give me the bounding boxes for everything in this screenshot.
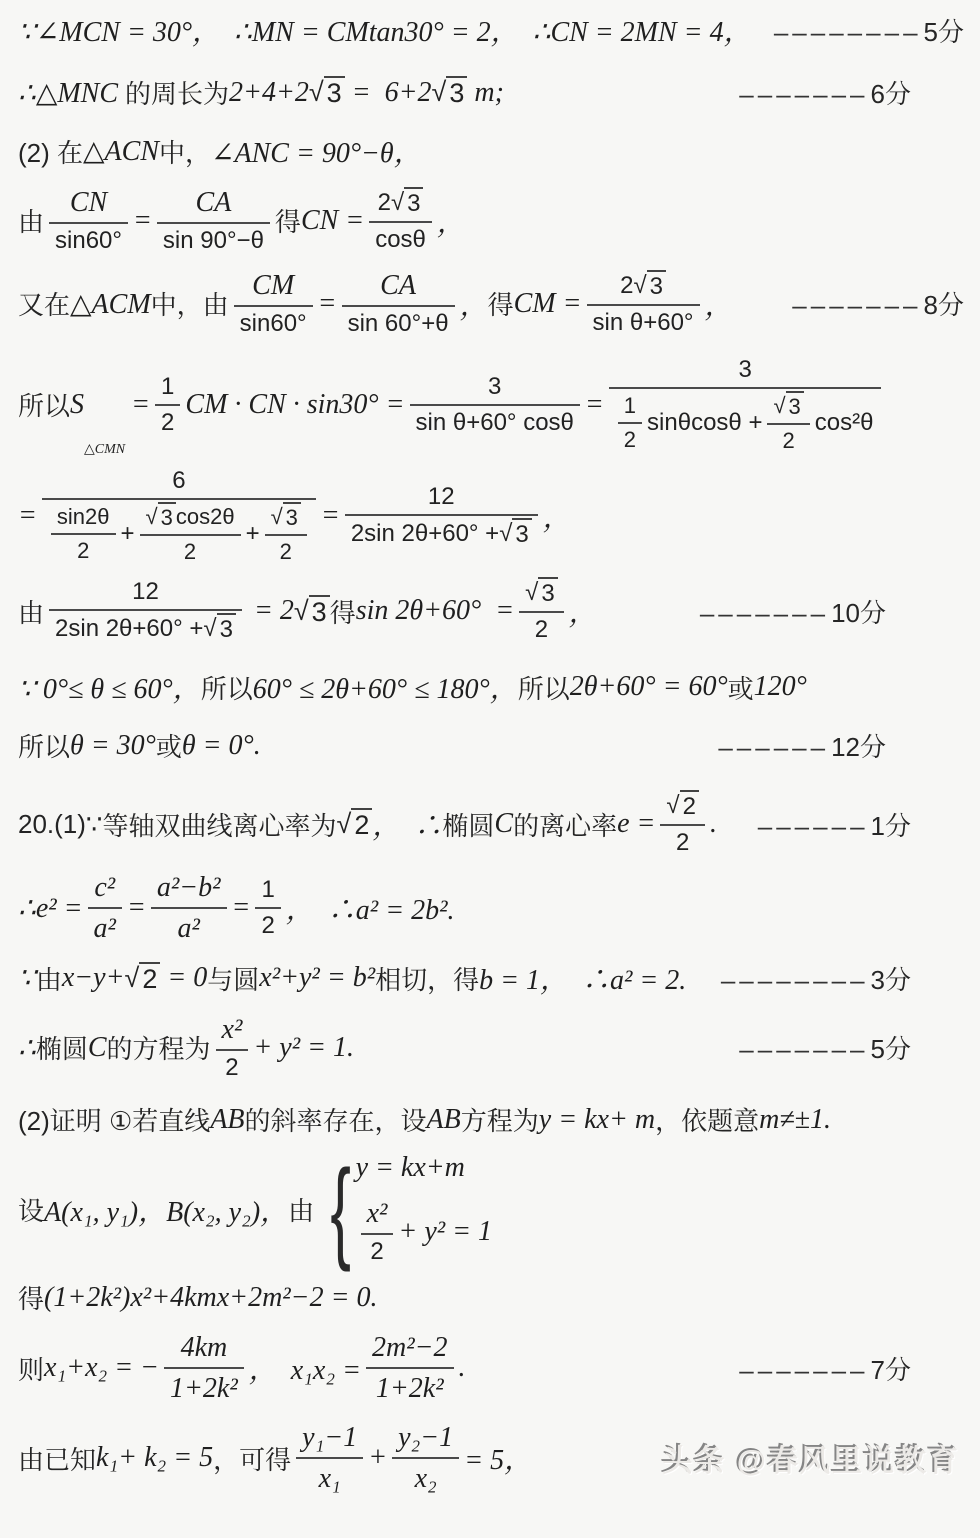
math-text: 2: [378, 188, 391, 218]
math-text: ， ∴: [372, 804, 442, 844]
denominator: a²: [88, 909, 122, 946]
numerator: 1: [618, 392, 642, 424]
radicand: 3: [404, 187, 423, 219]
math-text: AB: [427, 1104, 461, 1136]
numerator: 2√3: [587, 270, 700, 306]
math-text: A(x₁, y₁)，B(x₂, y₂)，: [44, 1190, 288, 1230]
cjk-text: 中，由: [151, 285, 229, 322]
cjk-text: 的斜率存在，设: [245, 1101, 427, 1138]
numerator: √3: [265, 502, 307, 536]
numerator: 12: [49, 577, 242, 611]
fraction: CAsin 90°−θ: [157, 185, 270, 256]
radicand: 3: [217, 613, 236, 645]
math-text: CM =: [514, 288, 582, 320]
sqrt-sign-icon: √: [773, 392, 785, 422]
radicand: 3: [512, 518, 531, 550]
sqrt-radical: √3: [309, 76, 345, 109]
solution-line: 得 (1+2k²)x²+4kmx+2m²−2 = 0.: [18, 1279, 966, 1316]
denominator: 2: [618, 424, 642, 454]
math-text: =: [131, 389, 150, 421]
solution-line: = 6 sin2θ2 + √3cos2θ2 + √32 = 12 2sin 2θ…: [18, 466, 966, 565]
denominator: sin θ+60° cosθ: [410, 406, 580, 438]
fraction: 2m²−21+2k²: [366, 1330, 454, 1406]
cjk-text: 则: [18, 1350, 44, 1387]
denominator: a²: [151, 909, 227, 946]
score-label: 5分: [871, 1029, 911, 1066]
numerator: 6: [42, 466, 316, 500]
cjk-text: 或: [728, 669, 754, 706]
math-text: ∴e² =: [18, 891, 83, 925]
numerator: x²: [361, 1196, 394, 1235]
radicand: 3: [158, 502, 176, 532]
solution-line: (2)证明 ①若直线 AB 的斜率存在，设 AB 方程为 y = kx+ m ，…: [18, 1101, 966, 1138]
sqrt-sign-icon: √: [336, 809, 351, 842]
denominator: 2sin 2θ+60° +√3: [49, 611, 242, 645]
denominator: sin θ+60°: [587, 306, 700, 338]
math-text: =: [318, 288, 337, 320]
fraction: 12: [618, 392, 642, 453]
solution-line: 设 A(x₁, y₁)，B(x₂, y₂)， 由 { y = kx+m x²2 …: [18, 1152, 966, 1267]
cjk-text: 所以: [201, 669, 253, 706]
numerator: 1: [155, 372, 180, 406]
numerator: 12: [345, 482, 538, 516]
score-marker: –––––––10分: [700, 593, 886, 630]
equation-system: { y = kx+m x²2 + y² = 1: [322, 1152, 492, 1267]
score-label: 10分: [831, 593, 886, 630]
score-label: 12分: [831, 727, 886, 764]
cjk-text: 等轴双曲线离心率为: [102, 806, 336, 843]
denominator: sin60°: [49, 224, 128, 256]
math-text: =: [18, 500, 37, 532]
sqrt-sign-icon: √: [294, 596, 309, 629]
math-text: (1+2k²)x²+4kmx+2m²−2 = 0.: [44, 1282, 377, 1314]
fraction: √32: [767, 391, 809, 454]
math-text: ， x₁x₂ =: [249, 1348, 361, 1388]
numerator: 1: [255, 875, 280, 909]
solution-line: ∵ 0°≤ θ ≤ 60°， 所以 60° ≤ 2θ+60° ≤ 180°， 所…: [18, 667, 966, 707]
math-text: sin 2θ+60° =: [356, 595, 514, 627]
math-text: S: [70, 389, 84, 421]
radicand: 3: [324, 76, 345, 109]
score-dashes: –––––––: [739, 1034, 868, 1065]
fraction: 12 2sin 2θ+60° +√3: [49, 577, 242, 645]
math-text: = 6+2: [345, 77, 432, 109]
cjk-text: 由: [18, 202, 44, 239]
radicand: 2: [351, 808, 372, 841]
solution-line: ∴△MNC 的周长为 2+4+2 √3 = 6+2 √3 m; –––––––6…: [18, 74, 966, 111]
math-text: ，: [705, 284, 733, 324]
score-label: 7分: [871, 1350, 911, 1387]
fraction: sin2θ2: [51, 503, 116, 564]
fraction: √32: [265, 502, 307, 565]
left-brace: {: [331, 1166, 352, 1253]
cjk-text: 由: [288, 1191, 314, 1228]
sqrt-radical: √3: [432, 76, 468, 109]
fraction: a²−b²a²: [151, 870, 227, 946]
math-text: ∵∠MCN = 30°， ∴MN = CMtan30° = 2， ∴CN = 2…: [18, 10, 752, 50]
math-text: θ = 0°.: [182, 730, 261, 762]
math-text: =: [321, 500, 340, 532]
numerator: √3: [767, 391, 809, 425]
math-text: +: [368, 1442, 387, 1474]
fraction: 3 12 sinθcosθ + √32 cos²θ: [609, 355, 882, 454]
numerator: CM: [234, 268, 313, 307]
sqrt-sign-icon: √: [309, 77, 324, 110]
cjk-text: 得: [275, 202, 301, 239]
radicand: 3: [283, 502, 301, 532]
solution-line: 20.(1)∵ 等轴双曲线离心率为 √2 ， ∴ 椭圆 C 的离心率 e = √…: [18, 790, 966, 858]
math-text: =: [232, 892, 251, 924]
cjk-text: 得: [488, 285, 514, 322]
radicand: 3: [786, 391, 804, 421]
denominator: sin 60°+θ: [342, 307, 455, 339]
math-text: 120°: [754, 671, 807, 703]
cjk-text: 由: [36, 960, 62, 997]
score-dashes: –––––––: [792, 290, 921, 321]
fraction: 3sin θ+60° cosθ: [410, 372, 580, 438]
numerator: y₂−1: [392, 1420, 459, 1459]
denominator: sin 90°−θ: [157, 224, 270, 256]
fraction: x²2: [361, 1196, 394, 1267]
score-dashes: –––––––: [739, 1355, 868, 1386]
sqrt-radical: √3: [391, 187, 424, 219]
math-text: θ = 30°: [70, 730, 156, 762]
cjk-text: 的离心率: [513, 806, 617, 843]
denominator: 2: [519, 613, 564, 645]
denominator: 1+2k²: [164, 1369, 244, 1406]
solution-line: 所以 θ = 30° 或 θ = 0°. ––––––12分: [18, 727, 966, 764]
math-text: x₁+x₂ = −: [44, 1352, 159, 1384]
sqrt-sign-icon: √: [203, 614, 216, 646]
fraction: 6 sin2θ2 + √3cos2θ2 + √32: [42, 466, 316, 565]
score-dashes: –––––––: [739, 79, 868, 110]
cjk-text: ，依题意: [655, 1101, 759, 1138]
cjk-text: 方程为: [461, 1101, 539, 1138]
numerator: c²: [88, 870, 122, 909]
solution-line: 由 12 2sin 2θ+60° +√3 = 2 √3 得 sin 2θ+60°…: [18, 577, 966, 645]
cjk-text: 的周长为: [125, 74, 229, 111]
radicand: 2: [139, 962, 160, 995]
sqrt-radical: √3: [773, 391, 803, 421]
fraction: √3cos2θ2: [140, 502, 241, 565]
math-text: e =: [617, 808, 655, 840]
solution-line: ∴e² = c²a² = a²−b²a² = 12 ， ∴a² = 2b².: [18, 870, 966, 946]
numerator: CA: [157, 185, 270, 224]
cjk-text: 椭圆: [442, 806, 494, 843]
score-label: 5分: [924, 12, 964, 49]
cjk-text: 或: [156, 727, 182, 764]
fraction: 12 2sin 2θ+60° +√3: [345, 482, 538, 550]
cjk-text: 设: [18, 1191, 44, 1228]
cjk-text: 由已知: [18, 1440, 96, 1477]
score-dashes: ––––––: [718, 732, 829, 763]
sqrt-radical: √2: [336, 808, 372, 841]
denominator: 2: [660, 826, 705, 858]
denominator: x₂: [392, 1459, 459, 1496]
cjk-text: 由: [18, 593, 44, 630]
math-text: 2sin 2θ+60° +: [351, 519, 499, 549]
math-text: C: [88, 1032, 107, 1064]
math-text: m≠±1.: [759, 1104, 831, 1136]
numerator: 2m²−2: [366, 1330, 454, 1369]
denominator: 2sin 2θ+60° +√3: [345, 516, 538, 550]
math-text: =: [585, 389, 604, 421]
math-text: = 5，: [464, 1438, 532, 1478]
math-text: b = 1， ∴a² = 2.: [479, 958, 686, 998]
math-text: 2θ+60° = 60°: [570, 671, 728, 703]
math-text: ∴△MNC: [18, 76, 125, 110]
math-text: ， ∴a² = 2b².: [286, 888, 455, 928]
numerator: 3: [410, 372, 580, 406]
math-text: ，: [460, 284, 488, 324]
denominator: 1+2k²: [366, 1369, 454, 1406]
sqrt-radical: √3: [499, 518, 532, 550]
cjk-text: 20.(1)∵: [18, 809, 102, 840]
math-text: 60° ≤ 2θ+60° ≤ 180°，: [253, 667, 518, 707]
sqrt-sign-icon: √: [391, 188, 404, 220]
math-text: ∵ 0°≤ θ ≤ 60°，: [18, 667, 201, 707]
sqrt-radical: √2: [125, 962, 161, 995]
solution-line: 则 x₁+x₂ = − 4km1+2k² ， x₁x₂ = 2m²−21+2k²…: [18, 1330, 966, 1406]
score-dashes: –––––––: [700, 598, 829, 629]
fraction: CNsin60°: [49, 185, 128, 256]
math-text: +: [121, 519, 135, 549]
math-text: =: [127, 892, 146, 924]
denominator: 2: [265, 536, 307, 566]
score-label: 8分: [924, 285, 964, 322]
solution-line: 由 CNsin60° = CAsin 90°−θ 得 CN = 2√3 cosθ…: [18, 185, 966, 256]
numerator: 3: [609, 355, 882, 389]
denominator: 2: [361, 1235, 394, 1267]
math-text: ，: [569, 591, 597, 631]
sqrt-sign-icon: √: [125, 963, 140, 996]
math-text: 2sin 2θ+60° +: [55, 614, 203, 644]
sqrt-sign-icon: √: [432, 77, 447, 110]
sqrt-radical: √3: [525, 577, 558, 609]
numerator: y₁−1: [296, 1420, 363, 1459]
system-rows: y = kx+m x²2 + y² = 1: [356, 1152, 492, 1267]
score-label: 3分: [871, 960, 911, 997]
denominator: 2: [51, 535, 116, 565]
system-equation: y = kx+m: [356, 1152, 465, 1184]
math-text: △ACM: [70, 287, 151, 321]
sqrt-sign-icon: √: [525, 578, 538, 610]
cjk-text: 得: [330, 593, 356, 630]
solution-line: 由已知 k₁+ k₂ = 5 ，可得 y₁−1x₁ + y₂−1x₂ = 5， …: [18, 1420, 966, 1496]
cjk-text: 中，: [159, 133, 211, 170]
math-text: ，: [543, 496, 571, 536]
denominator: 2: [255, 909, 280, 941]
solution-line: 又在 △ACM 中，由 CMsin60° = CAsin 60°+θ ， 得 C…: [18, 268, 966, 339]
math-text: = 0: [160, 962, 207, 994]
radicand: 3: [446, 76, 467, 109]
math-text: x−y+: [62, 962, 125, 994]
numerator: CN: [49, 185, 128, 224]
numerator: x²: [216, 1012, 249, 1051]
cjk-text: 椭圆: [36, 1029, 88, 1066]
sqrt-radical: √2: [666, 790, 699, 822]
math-text: =: [133, 205, 152, 237]
math-text: cos²θ: [815, 408, 874, 438]
score-marker: ––––––––5分: [774, 12, 964, 49]
denominator: cosθ: [369, 223, 432, 255]
score-marker: –––––––6分: [739, 74, 911, 111]
fraction: 12: [255, 875, 280, 941]
solution-line: ∵∠MCN = 30°， ∴MN = CMtan30° = 2， ∴CN = 2…: [18, 10, 966, 50]
watermark-text: 头条 @春风里说教育: [662, 1436, 960, 1480]
numerator: √3: [519, 577, 564, 613]
denominator: sin2θ2 + √3cos2θ2 + √32: [42, 500, 316, 565]
math-text: ∴: [18, 1031, 36, 1065]
fraction: 4km1+2k²: [164, 1330, 244, 1406]
fraction: x²2: [216, 1012, 249, 1083]
cjk-text: 的方程为: [107, 1029, 211, 1066]
math-text: ∠ANC = 90°−θ，: [211, 131, 422, 171]
radicand: 2: [680, 790, 699, 822]
system-equation: x²2 + y² = 1: [356, 1196, 492, 1267]
math-text: AB: [210, 1104, 244, 1136]
sqrt-sign-icon: √: [271, 503, 283, 533]
score-marker: ––––––––3分: [721, 960, 911, 997]
numerator: 2√3: [369, 187, 432, 223]
score-dashes: ––––––––: [721, 965, 869, 996]
fraction: 2√3 cosθ: [369, 187, 432, 255]
math-text: y = kx+ m: [539, 1104, 655, 1136]
solution-line: (2) 在 △ACN 中， ∠ANC = 90°−θ，: [18, 131, 966, 171]
math-text: + y² = 1: [398, 1216, 492, 1248]
math-text: ∵: [18, 961, 36, 995]
numerator: 4km: [164, 1330, 244, 1369]
fraction: 12: [155, 372, 180, 438]
sqrt-sign-icon: √: [666, 791, 679, 823]
score-marker: –––––––5分: [739, 1029, 911, 1066]
sqrt-sign-icon: √: [633, 271, 646, 303]
score-marker: ––––––12分: [718, 727, 886, 764]
sqrt-radical: √3: [294, 595, 330, 628]
cjk-text: (2)证明 ①若直线: [18, 1101, 210, 1138]
fraction: CMsin60°: [234, 268, 313, 339]
sqrt-radical: √3: [203, 613, 236, 645]
score-marker: –––––––7分: [739, 1350, 911, 1387]
radicand: 3: [647, 270, 666, 302]
score-label: 1分: [871, 806, 911, 843]
cjk-text: 所以: [18, 386, 70, 423]
fraction: √22: [660, 790, 705, 858]
math-text: = 2: [247, 595, 294, 627]
denominator: 2: [216, 1051, 249, 1083]
solution-line: ∴ 椭圆 C 的方程为 x²2 + y² = 1. –––––––5分: [18, 1012, 966, 1083]
cjk-text: 得: [18, 1279, 44, 1316]
math-text: x²+y² = b²: [259, 962, 375, 994]
math-text: +: [246, 519, 260, 549]
math-text: C: [494, 808, 513, 840]
subscript-label: △CMN: [84, 441, 125, 458]
solution-line: ∵ 由 x−y+ √2 = 0 与圆 x²+y² = b² 相切，得 b = 1…: [18, 958, 966, 998]
fraction: y₂−1x₂: [392, 1420, 459, 1496]
cjk-text: 又在: [18, 285, 70, 322]
cjk-text: 所以: [18, 727, 70, 764]
cjk-text: ，可得: [213, 1440, 291, 1477]
math-text: △ACN: [83, 134, 159, 168]
math-text: m;: [467, 77, 504, 109]
math-solution-document: ∵∠MCN = 30°， ∴MN = CMtan30° = 2， ∴CN = 2…: [0, 0, 980, 1496]
score-dashes: ––––––––: [774, 17, 922, 48]
math-text: k₁+ k₂ = 5: [96, 1442, 213, 1474]
score-dashes: ––––––: [758, 811, 869, 842]
radicand: 3: [538, 577, 557, 609]
denominator: 2: [767, 425, 809, 455]
math-text: cos2θ: [176, 503, 235, 531]
fraction: CAsin 60°+θ: [342, 268, 455, 339]
sqrt-sign-icon: √: [146, 503, 158, 533]
math-text: CM · CN · sin30° =: [185, 389, 404, 421]
numerator: CA: [342, 268, 455, 307]
score-label: 6分: [871, 74, 911, 111]
cjk-text: 与圆: [207, 960, 259, 997]
solution-line: 所以 S △CMN = 12 CM · CN · sin30° = 3sin θ…: [18, 355, 966, 454]
sqrt-radical: √3: [271, 502, 301, 532]
numerator: a²−b²: [151, 870, 227, 909]
denominator: 2: [155, 406, 180, 438]
denominator: 2: [140, 536, 241, 566]
sqrt-radical: √3: [146, 502, 176, 532]
math-text: .: [459, 1352, 466, 1384]
fraction: √32: [519, 577, 564, 645]
numerator: √3cos2θ: [140, 502, 241, 536]
fraction: y₁−1x₁: [296, 1420, 363, 1496]
numerator: √2: [660, 790, 705, 826]
denominator: x₁: [296, 1459, 363, 1496]
fraction: 2√3 sin θ+60°: [587, 270, 700, 338]
radicand: 3: [309, 595, 330, 628]
denominator: sin60°: [234, 307, 313, 339]
cjk-text: 相切，得: [375, 960, 479, 997]
math-text: .: [710, 808, 717, 840]
math-text: ，: [437, 201, 465, 241]
numerator: sin2θ: [51, 503, 116, 535]
sqrt-sign-icon: √: [499, 519, 512, 551]
cjk-text: (2) 在: [18, 133, 83, 170]
math-text: + y² = 1.: [253, 1032, 354, 1064]
math-text: 2: [620, 271, 633, 301]
math-text: sinθcosθ +: [647, 408, 762, 438]
fraction: c²a²: [88, 870, 122, 946]
cjk-text: 所以: [518, 669, 570, 706]
score-marker: –––––––8分: [792, 285, 964, 322]
score-marker: ––––––1分: [758, 806, 911, 843]
math-text: 2+4+2: [229, 77, 309, 109]
math-text: CN =: [301, 205, 364, 237]
denominator: 12 sinθcosθ + √32 cos²θ: [609, 389, 882, 454]
sqrt-radical: √3: [633, 270, 666, 302]
